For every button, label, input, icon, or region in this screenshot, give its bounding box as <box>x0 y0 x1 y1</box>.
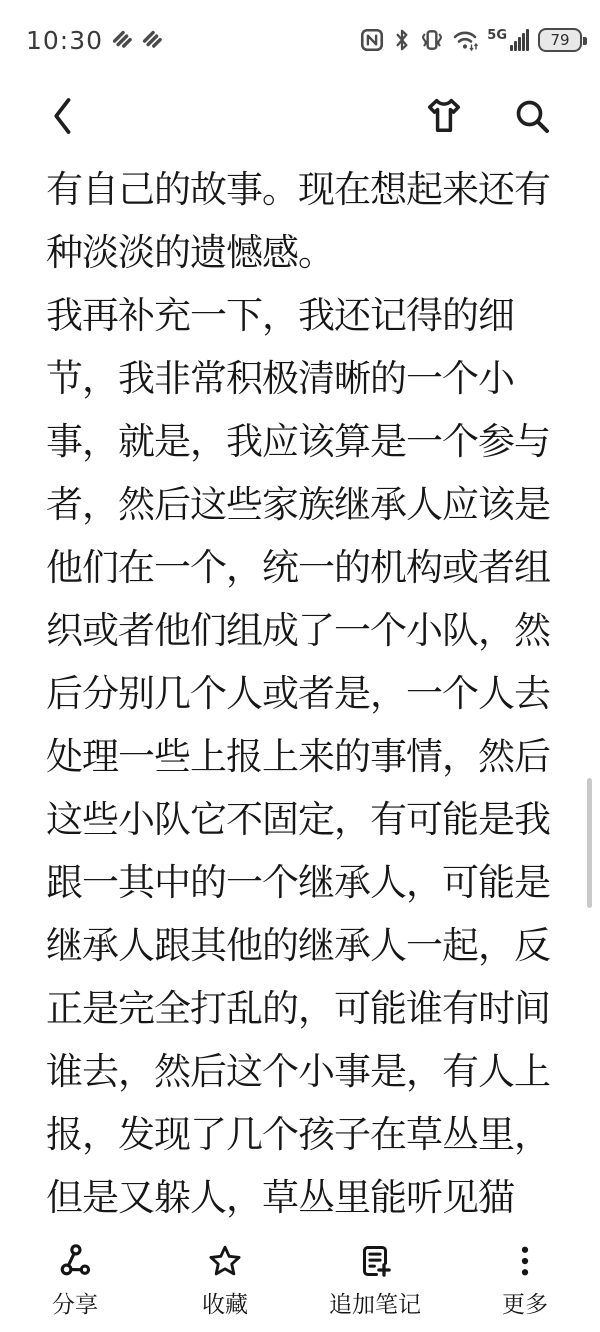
note-content[interactable]: 有自己的故事。现在想起来还有 种淡淡的遗憾感。 我再补充一下，我还记得的细 节，… <box>0 148 600 1229</box>
bluetooth-icon <box>392 27 412 53</box>
wifi-icon <box>452 27 480 53</box>
more-dots-icon <box>507 1243 543 1279</box>
theme-skin-button[interactable] <box>422 94 466 138</box>
more-button[interactable]: 更多 <box>450 1236 600 1326</box>
note-line: 谁去，然后这个小事是，有人上 <box>46 1040 554 1103</box>
share-label: 分享 <box>52 1286 98 1319</box>
share-button[interactable]: 分享 <box>0 1236 150 1326</box>
search-icon <box>512 96 552 136</box>
note-line: 节，我非常积极清晰的一个小 <box>46 347 554 410</box>
favorite-button[interactable]: 收藏 <box>150 1236 300 1326</box>
phone-screen: 10:30 <box>0 0 600 1332</box>
clock: 10:30 <box>26 26 103 55</box>
scrollbar-thumb[interactable] <box>587 778 592 908</box>
signal-strength-icon: 5G <box>487 29 529 51</box>
append-note-icon <box>357 1243 393 1279</box>
note-line: 者，然后这些家族继承人应该是 <box>46 473 554 536</box>
star-icon <box>206 1243 244 1279</box>
note-line: 他们在一个，统一的机构或者组 <box>46 536 554 599</box>
append-note-label: 追加笔记 <box>329 1286 421 1319</box>
nav-bar <box>0 84 600 148</box>
note-line: 我再补充一下，我还记得的细 <box>46 284 554 347</box>
note-line: 种淡淡的遗憾感。 <box>46 221 554 284</box>
note-line: 报，发现了几个孩子在草丛里， <box>46 1103 554 1166</box>
favorite-label: 收藏 <box>202 1286 248 1319</box>
app-notification-icon <box>111 29 133 51</box>
back-chevron-icon <box>48 95 78 137</box>
tshirt-icon <box>422 94 466 138</box>
note-line: 事，就是，我应该算是一个参与 <box>46 410 554 473</box>
nfc-icon <box>359 27 385 53</box>
note-line: 这些小队它不固定，有可能是我 <box>46 788 554 851</box>
note-line: 有自己的故事。现在想起来还有 <box>46 158 554 221</box>
note-line: 继承人跟其他的继承人一起，反 <box>46 914 554 977</box>
more-label: 更多 <box>502 1286 548 1319</box>
battery-percent: 79 <box>550 31 569 49</box>
note-line: 跟一其中的一个继承人，可能是 <box>46 851 554 914</box>
battery-icon: 79 <box>538 28 582 52</box>
note-line: 处理一些上报上来的事情，然后 <box>46 725 554 788</box>
note-line: 正是完全打乱的，可能谁有时间 <box>46 977 554 1040</box>
note-line: 但是又躲人，草丛里能听见猫 <box>46 1166 554 1229</box>
status-right: 5G 79 <box>359 27 582 53</box>
network-type-label: 5G <box>487 29 507 42</box>
bottom-toolbar: 分享 收藏 追加笔记 <box>0 1236 600 1332</box>
search-button[interactable] <box>512 96 552 136</box>
back-button[interactable] <box>48 95 78 137</box>
vibrate-icon <box>419 27 445 53</box>
app-notification-icon <box>141 29 163 51</box>
share-icon <box>57 1243 93 1279</box>
note-line: 织或者他们组成了一个小队，然 <box>46 599 554 662</box>
append-note-button[interactable]: 追加笔记 <box>300 1236 450 1326</box>
status-bar: 10:30 <box>0 0 600 70</box>
status-left: 10:30 <box>26 26 163 55</box>
note-line: 后分别几个人或者是，一个人去 <box>46 662 554 725</box>
